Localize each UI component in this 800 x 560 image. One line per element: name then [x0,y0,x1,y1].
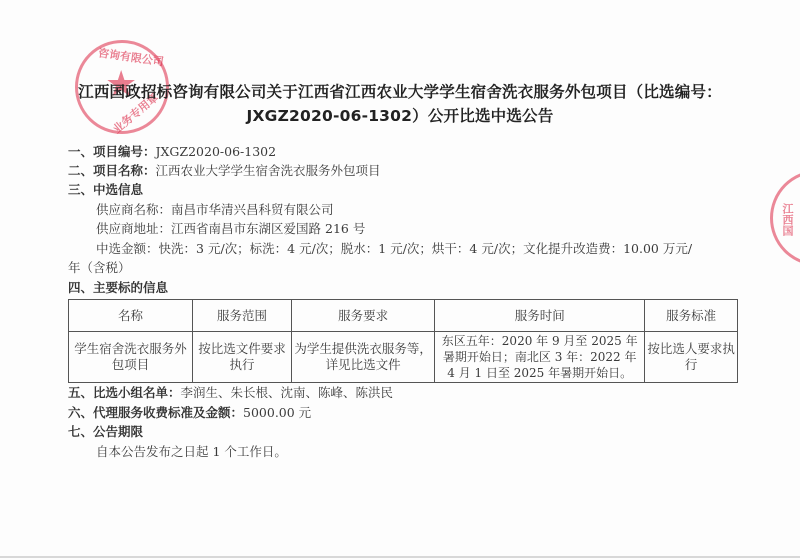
table-row: 学生宿舍洗衣服务外包项目 按比选文件要求执行 为学生提供洗衣服务等，详见比选文件… [69,332,738,383]
supplier-address-line: 供应商地址：江西省南昌市东湖区爱国路 216 号 [96,220,365,238]
page-title: 江西国政招标咨询有限公司关于江西省江西农业大学学生宿舍洗衣服务外包项目（比选编号… [70,80,730,128]
notice-period-label: 七、公告期限 [68,424,143,439]
panel-members-line: 五、比选小组名单：李润生、朱长根、沈南、陈峰、陈洪民 [68,384,393,402]
cell-requirements: 为学生提供洗衣服务等，详见比选文件 [291,332,434,383]
col-header-time: 服务时间 [435,300,645,332]
cell-standard: 按比选人要求执行 [645,332,738,383]
col-header-name: 名称 [69,300,193,332]
subject-info-table: 名称 服务范围 服务要求 服务时间 服务标准 学生宿舍洗衣服务外包项目 按比选文… [68,299,738,383]
agency-fee-line: 六、代理服务收费标准及金额：5000.00 元 [68,404,311,422]
agency-fee-value: 5000.00 元 [243,405,311,420]
cell-scope: 按比选文件要求执行 [193,332,292,383]
project-name-value: 江西农业大学学生宿舍洗衣服务外包项目 [156,163,381,178]
col-header-scope: 服务范围 [193,300,292,332]
notice-period-heading: 七、公告期限 [68,423,143,441]
cell-time: 东区五年：2020 年 9 月至 2025 年暑期开始日；南北区 3 年：202… [435,332,645,383]
award-amount-line: 中选金额：快洗：3 元/次；标洗：4 元/次；脱水：1 元/次；烘干：4 元/次… [96,240,692,258]
supplier-address-label: 供应商地址： [96,221,171,236]
scan-edge [0,556,800,558]
col-header-requirements: 服务要求 [291,300,434,332]
project-number-value: JXGZ2020-06-1302 [156,144,277,159]
supplier-name-value: 南昌市华清兴昌科贸有限公司 [171,202,334,217]
award-amount-label: 中选金额： [96,241,159,256]
panel-members-label: 五、比选小组名单： [68,385,181,400]
supplier-address-value: 江西省南昌市东湖区爱国路 216 号 [171,221,365,236]
cell-name: 学生宿舍洗衣服务外包项目 [69,332,193,383]
document-page: ★ 咨询有限公司 业务专用章 江西国 江西国政招标咨询有限公司关于江西省江西农业… [0,0,800,560]
table-header-row: 名称 服务范围 服务要求 服务时间 服务标准 [69,300,738,332]
title-line-2: JXGZ2020-06-1302）公开比选中选公告 [70,104,730,128]
main-subject-label: 四、主要标的信息 [68,280,168,295]
award-info-label: 三、中选信息 [68,182,143,197]
award-amount-value: 快洗：3 元/次；标洗：4 元/次；脱水：1 元/次；烘干：4 元/次；文化提升… [159,241,693,256]
project-number-line: 一、项目编号：JXGZ2020-06-1302 [68,143,276,161]
agency-fee-label: 六、代理服务收费标准及金额： [68,405,243,420]
supplier-name-label: 供应商名称： [96,202,171,217]
company-seal-stamp-right: 江西国 [770,170,800,266]
notice-period-value: 自本公告发布之日起 1 个工作日。 [96,443,287,461]
panel-members-value: 李润生、朱长根、沈南、陈峰、陈洪民 [181,385,394,400]
main-subject-heading: 四、主要标的信息 [68,279,168,297]
project-name-line: 二、项目名称：江西农业大学学生宿舍洗衣服务外包项目 [68,162,381,180]
award-info-heading: 三、中选信息 [68,181,143,199]
col-header-standard: 服务标准 [645,300,738,332]
award-amount-line-2: 年（含税） [68,259,131,277]
title-line-1: 江西国政招标咨询有限公司关于江西省江西农业大学学生宿舍洗衣服务外包项目（比选编号… [70,80,730,104]
project-name-label: 二、项目名称： [68,163,156,178]
project-number-label: 一、项目编号： [68,144,156,159]
supplier-name-line: 供应商名称：南昌市华清兴昌科贸有限公司 [96,201,334,219]
stamp-text-right: 江西国 [779,203,795,236]
